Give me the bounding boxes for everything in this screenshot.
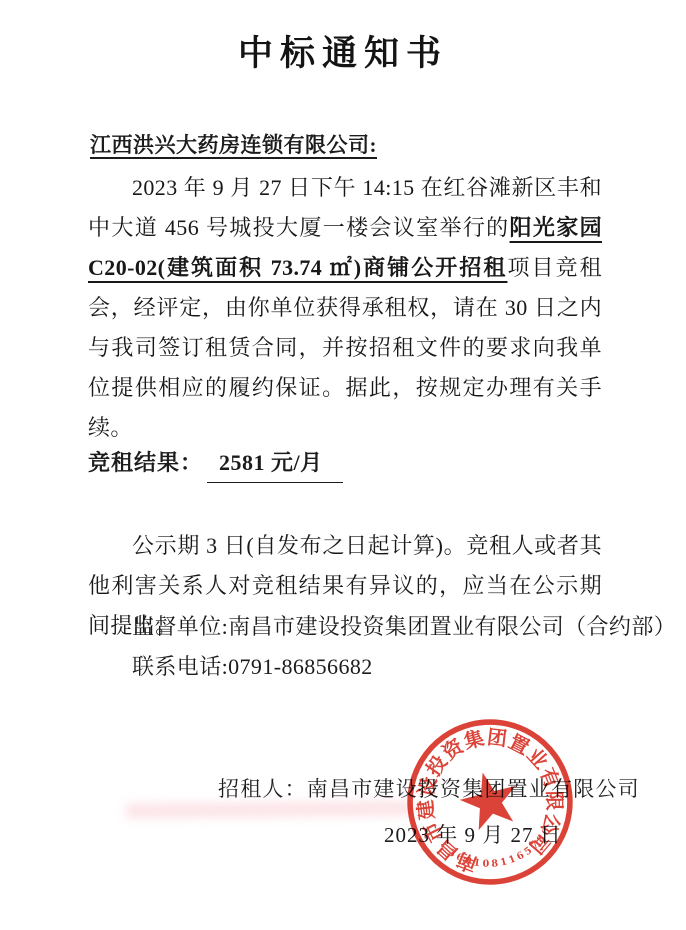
date-line: 2023 年 9 月 27 日 (384, 819, 562, 849)
signer-line: 招租人：南昌市建设投资集团置业有限公司 (218, 773, 640, 803)
document-page: 中标通知书 江西洪兴大药房连锁有限公司: 2023 年 9 月 27 日下午 1… (0, 0, 686, 930)
addressee-line: 江西洪兴大药房连锁有限公司: (90, 129, 377, 159)
phone-line: 联系电话:0791-86856682 (88, 647, 686, 687)
bid-result-label: 竞租结果： (88, 450, 203, 475)
bid-result-value: 2581 元/月 (207, 446, 343, 483)
body-paragraph-1: 2023 年 9 月 27 日下午 14:15 在红谷滩新区丰和中大道 456 … (88, 168, 602, 448)
supervisor-line: 监督单位:南昌市建设投资集团置业有限公司（合约部） (88, 607, 686, 647)
scan-smudge (126, 801, 412, 819)
para1-text-post: 项目竞租会，经评定，由你单位获得承租权，请在 30 日之内与我司签订租赁合同，并… (88, 255, 602, 440)
bid-result-line: 竞租结果：2581 元/月 (88, 446, 343, 483)
document-title: 中标通知书 (0, 26, 686, 76)
